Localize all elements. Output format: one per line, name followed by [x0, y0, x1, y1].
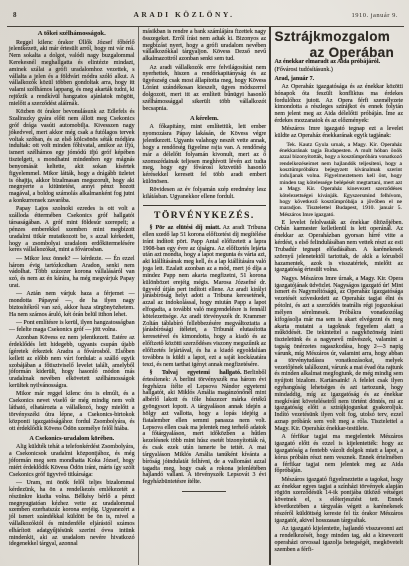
- paragraph: Mészáros igazgató figyelmeztette a tagok…: [275, 477, 403, 525]
- dialogue-paragraph: — Aztán nem várjuk haza a férjemet — mon…: [9, 291, 135, 318]
- continued-paragraph: másikban is rendre a bank számlájára fiz…: [143, 29, 267, 63]
- paragraph: Alig küldték tehát a telefonkérdést Zsom…: [9, 444, 135, 478]
- paragraph: Mikor már reggel kilenc óra is elmúlt, é…: [9, 391, 135, 432]
- headline-line1: Sztrájkmozgalom: [275, 29, 391, 44]
- court-news-item: § Pör az elütési díj miatt.Az aradi Trib…: [143, 225, 267, 368]
- page-number: 8: [13, 11, 17, 19]
- paragraph: A férfikar tagjai ma megjelentek Mészáro…: [275, 434, 403, 475]
- column-right: Sztrájkmozgalomaz Operában Az énekkar el…: [271, 27, 404, 565]
- sub-heading: A kérelem.: [143, 115, 267, 122]
- headline-subhead: Az énekkar elmaradt az Aida próbájáról.: [275, 59, 403, 66]
- paragraph: A főkapitány, mint említettük, lett embe…: [143, 124, 267, 185]
- court-news-item: § Tolvaj egyetemi hallgató.Berlinből ért…: [143, 370, 267, 486]
- paragraph: Az igazgató kijelentette, hajlandó vissz…: [275, 526, 403, 553]
- main-headline: Sztrájkmozgalomaz Operában: [275, 30, 403, 59]
- item-lead: § Pör az elütési díj miatt.: [150, 225, 223, 231]
- sub-heading: A Csekonics-uradalom körében.: [9, 435, 135, 442]
- column-left: A tőkei szélhámosságok. Reggel kilenc ór…: [7, 27, 138, 565]
- paragraph: Közben öt órakor bevonulásunk az Edlefel…: [9, 109, 135, 205]
- paragraph: Az Operaház igazgatósága és az énekkar k…: [275, 84, 403, 125]
- headline-line2: az Operában: [275, 46, 403, 60]
- column-layout: A tőkei szélhámosságok. Reggel kilenc ór…: [7, 27, 404, 565]
- paragraph: Az aradi vállalkozók erre felvilágosítás…: [143, 65, 267, 113]
- paragraph: Azonban Kövess ez nem jelentkezett. Esté…: [9, 335, 135, 390]
- byline: (Fővárosi tudósításunk.): [275, 67, 403, 74]
- dialogue-paragraph: — Uram, mi önök felől teljes bizalommal …: [9, 480, 135, 548]
- paragraph: Mészáros Imre igazgató tegnap ezt a leve…: [275, 126, 403, 140]
- section-title: TÖRVÉNYKEZÉS.: [143, 211, 267, 221]
- dateline: Arad, január 7.: [275, 76, 403, 83]
- paragraph: Papay Lajos szolnoki ezredes is ott volt…: [9, 206, 135, 254]
- item-lead: § Tolvaj egyetemi hallgató.: [150, 370, 244, 376]
- masthead: 8 ARADI KÖZLÖNY. 1910. január 9.: [7, 10, 404, 24]
- article-heading: A tőkei szélhámosságok.: [9, 30, 135, 37]
- paragraph: E levelet felolvasták az énekkar öltözőj…: [275, 220, 403, 275]
- newspaper-title: ARADI KÖZLÖNY.: [134, 10, 235, 19]
- column-middle: másikban is rendre a bank számlájára fiz…: [139, 27, 270, 565]
- section-rule: [143, 205, 267, 206]
- paragraph: Reggel kilenc órakor Üllők József főbérl…: [9, 40, 135, 108]
- item-text: Berlinből értesítenek: A berlini törvény…: [143, 370, 267, 485]
- issue-date: 1910. január 9.: [351, 12, 398, 19]
- letter-paragraph: Tek. Kautz Gyula urnak, a Magy. Kir. Ope…: [280, 142, 402, 219]
- paragraph: Rövidesen az év folyamán szép eredmény l…: [143, 187, 267, 201]
- newspaper-page: 8 ARADI KÖZLÖNY. 1910. január 9. A tőkei…: [0, 0, 409, 566]
- dialogue-paragraph: — Mikor lesz önnek? — kérdezte. — Én ezz…: [9, 256, 135, 290]
- end-rule: [182, 491, 226, 492]
- paragraph: Nagys. Mészáros Imre úrnak, a Magy. Kir.…: [275, 276, 403, 433]
- dialogue-paragraph: — Pont említésre is kerül, ilyen hangzat…: [9, 320, 135, 334]
- quoted-letter: Tek. Kautz Gyula urnak, a Magy. Kir. Ope…: [275, 142, 403, 219]
- item-text: Az aradi Tribuna ellen szedő lap 51 koro…: [143, 225, 267, 368]
